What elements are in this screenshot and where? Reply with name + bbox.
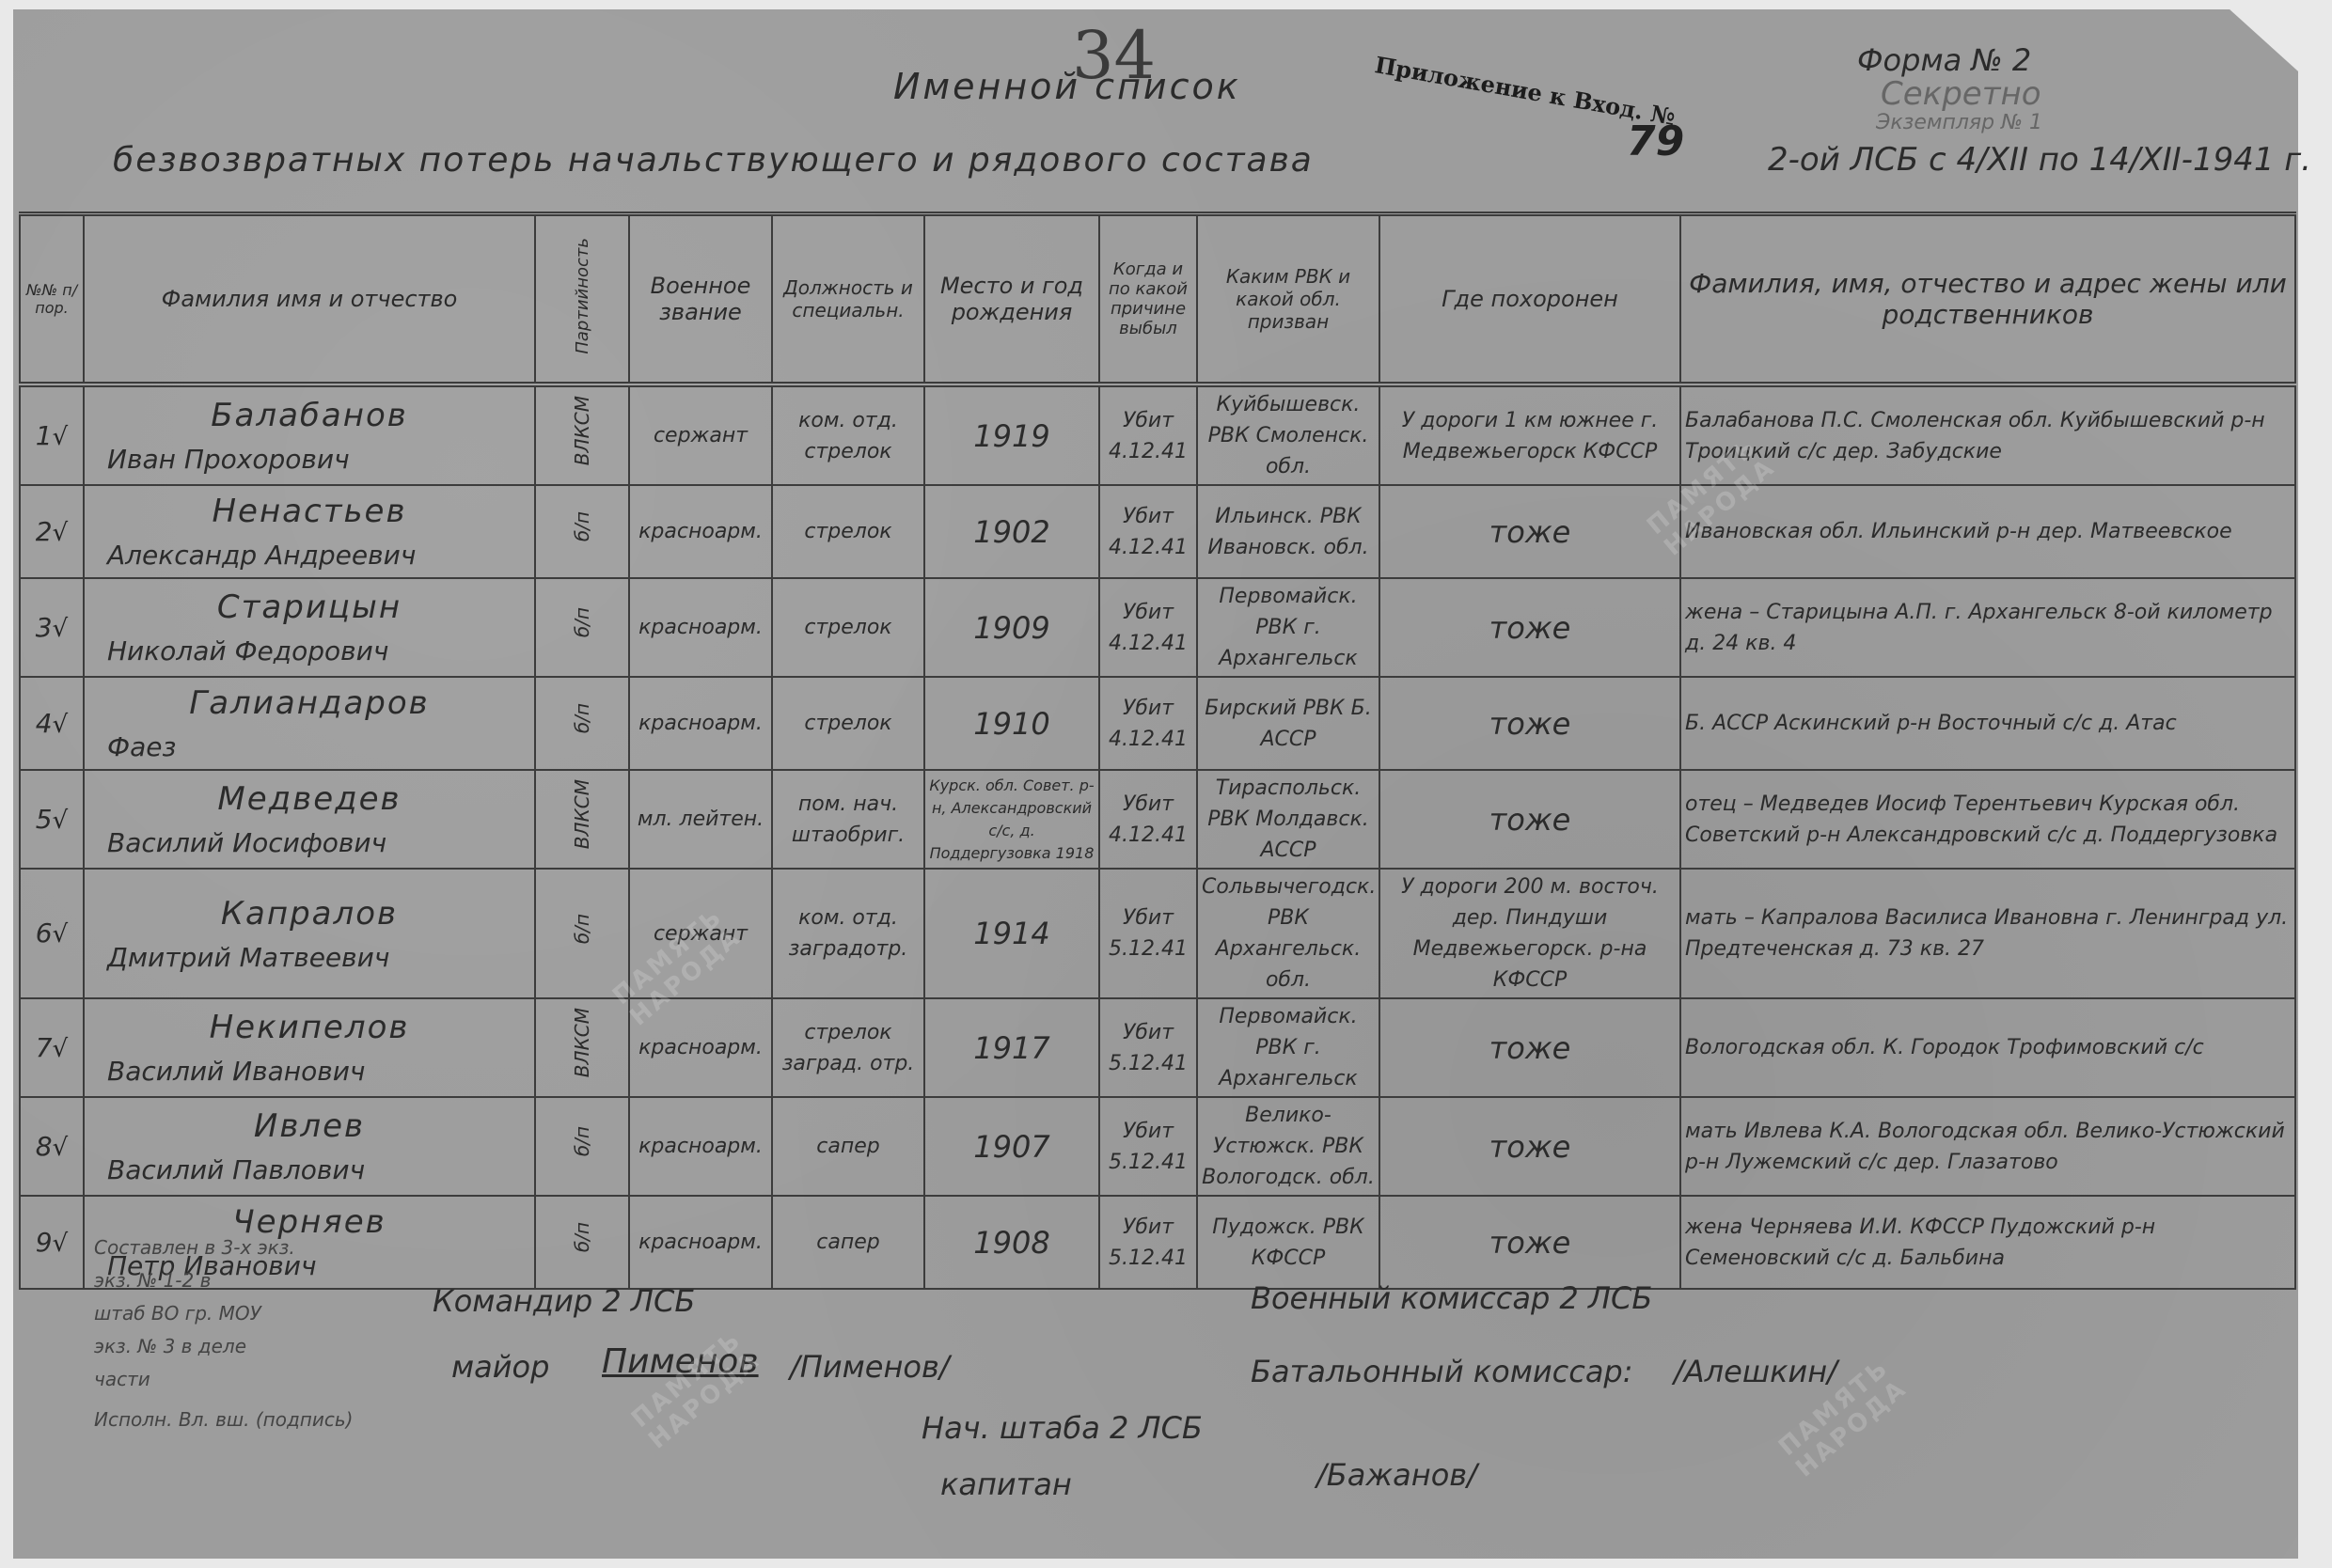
rank-cell: красноарм.: [629, 578, 772, 677]
col-party: Партийность: [535, 214, 629, 385]
party-cell: б/п: [535, 677, 629, 770]
burial-cell: У дороги 200 м. восточ. дер. Пиндуши Мед…: [1379, 869, 1680, 998]
row-number-value: 2: [36, 516, 53, 547]
commander-rank: майор: [451, 1349, 549, 1385]
row-number-value: 1: [36, 420, 53, 451]
party-cell: ВЛКСМ: [535, 384, 629, 485]
commander-label: Командир 2 ЛСБ: [433, 1283, 695, 1319]
party-cell: б/п: [535, 1196, 629, 1289]
party-value: б/п: [568, 1126, 596, 1156]
table-row: 5√МедведевВасилий ИосифовичВЛКСМмл. лейт…: [20, 770, 2295, 869]
birth-cell: 1914: [924, 869, 1099, 998]
chief-of-staff-name: /Бажанов/: [1316, 1457, 1477, 1493]
form-label: Форма № 2: [1857, 42, 2031, 78]
given-name: Александр Андреевич: [88, 536, 530, 575]
position-cell: сапер: [772, 1097, 924, 1196]
person-name: ИвлевВасилий Павлович: [84, 1097, 535, 1196]
commander-name: /Пименов/: [790, 1349, 950, 1385]
row-number-value: 7: [36, 1032, 53, 1063]
birth-cell: Курск. обл. Совет. р-н, Александровский …: [924, 770, 1099, 869]
table-row: 2√НенастьевАлександр Андреевичб/пкрасноа…: [20, 485, 2295, 578]
row-number: 3√: [20, 578, 84, 677]
rank-cell: красноарм.: [629, 1097, 772, 1196]
check-mark-icon: √: [53, 807, 69, 835]
row-number: 7√: [20, 998, 84, 1097]
check-mark-icon: √: [53, 615, 69, 643]
relatives-cell: Б. АССР Аскинский р-н Восточный с/с д. А…: [1680, 677, 2295, 770]
col-when: Когда и по какой причине выбыл: [1099, 214, 1197, 385]
rvk-cell: Бирский РВК Б. АССР: [1197, 677, 1379, 770]
when-cell: Убит 5.12.41: [1099, 998, 1197, 1097]
when-cell: Убит 5.12.41: [1099, 1097, 1197, 1196]
row-number: 5√: [20, 770, 84, 869]
table-row: 1√БалабановИван ПрохоровичВЛКСМсержантко…: [20, 384, 2295, 485]
rvk-cell: Сольвычегодск. РВК Архангельск. обл.: [1197, 869, 1379, 998]
rank-cell: сержант: [629, 384, 772, 485]
rank-cell: красноарм.: [629, 485, 772, 578]
registration-number: 79: [1627, 118, 1684, 165]
table-row: 8√ИвлевВасилий Павловичб/пкрасноарм.сапе…: [20, 1097, 2295, 1196]
row-number: 9√: [20, 1196, 84, 1289]
rvk-cell: Первомайск. РВК г. Архангельск: [1197, 578, 1379, 677]
surname: Старицын: [88, 584, 530, 632]
party-value: б/п: [568, 703, 596, 733]
relatives-cell: жена – Старицына А.П. г. Архангельск 8-о…: [1680, 578, 2295, 677]
position-cell: пом. нач. штаобриг.: [772, 770, 924, 869]
party-value: ВЛКСМ: [568, 779, 596, 849]
surname: Некипелов: [88, 1004, 530, 1052]
rvk-cell: Куйбышевск. РВК Смоленск. обл.: [1197, 384, 1379, 485]
party-cell: б/п: [535, 869, 629, 998]
col-rank: Военное звание: [629, 214, 772, 385]
position-cell: ком. отд. заградотр.: [772, 869, 924, 998]
row-number: 4√: [20, 677, 84, 770]
row-number: 1√: [20, 384, 84, 485]
col-birth: Место и год рождения: [924, 214, 1099, 385]
burial-cell: тоже: [1379, 578, 1680, 677]
check-mark-icon: √: [53, 519, 69, 547]
person-name: НенастьевАлександр Андреевич: [84, 485, 535, 578]
person-name: МедведевВасилий Иосифович: [84, 770, 535, 869]
person-name: КапраловДмитрий Матвеевич: [84, 869, 535, 998]
rank-cell: мл. лейтен.: [629, 770, 772, 869]
surname: Ивлев: [88, 1103, 530, 1151]
col-number: №№ п/пор.: [20, 214, 84, 385]
when-cell: Убит 5.12.41: [1099, 1196, 1197, 1289]
burial-cell: тоже: [1379, 998, 1680, 1097]
row-number-value: 5: [36, 804, 53, 835]
person-name: ГалиандаровФаез: [84, 677, 535, 770]
relatives-cell: Ивановская обл. Ильинский р-н дер. Матве…: [1680, 485, 2295, 578]
party-cell: б/п: [535, 1097, 629, 1196]
position-cell: сапер: [772, 1196, 924, 1289]
when-cell: Убит 4.12.41: [1099, 485, 1197, 578]
birth-cell: 1902: [924, 485, 1099, 578]
col-burial: Где похоронен: [1379, 214, 1680, 385]
when-cell: Убит 4.12.41: [1099, 384, 1197, 485]
given-name: Василий Иванович: [88, 1052, 530, 1091]
burial-cell: тоже: [1379, 677, 1680, 770]
position-cell: стрелок: [772, 677, 924, 770]
when-cell: Убит 4.12.41: [1099, 770, 1197, 869]
col-name: Фамилия имя и отчество: [84, 214, 535, 385]
relatives-cell: Вологодская обл. К. Городок Трофимовский…: [1680, 998, 2295, 1097]
row-number-value: 6: [36, 917, 53, 949]
surname: Капралов: [88, 890, 530, 938]
table-row: 3√СтарицынНиколай Федоровичб/пкрасноарм.…: [20, 578, 2295, 677]
row-number: 6√: [20, 869, 84, 998]
party-value: б/п: [568, 607, 596, 637]
when-cell: Убит 4.12.41: [1099, 578, 1197, 677]
document-subtitle: безвозвратных потерь начальствующего и р…: [113, 141, 1314, 180]
given-name: Иван Прохорович: [88, 440, 530, 479]
given-name: Дмитрий Матвеевич: [88, 938, 530, 978]
surname: Ненастьев: [88, 488, 530, 536]
rank-cell: красноарм.: [629, 1196, 772, 1289]
rvk-cell: Тираспольск. РВК Молдавск. АССР: [1197, 770, 1379, 869]
relatives-cell: отец – Медведев Иосиф Терентьевич Курска…: [1680, 770, 2295, 869]
commissar-name: /Алешкин/: [1674, 1354, 1837, 1389]
party-value: б/п: [568, 511, 596, 541]
surname: Медведев: [88, 776, 530, 823]
given-name: Василий Иосифович: [88, 823, 530, 863]
party-cell: ВЛКСМ: [535, 770, 629, 869]
col-position: Должность и специальн.: [772, 214, 924, 385]
check-mark-icon: √: [53, 1230, 69, 1258]
loss-table: №№ п/пор. Фамилия имя и отчество Партийн…: [19, 212, 2296, 1290]
rank-cell: красноарм.: [629, 677, 772, 770]
check-mark-icon: √: [53, 1134, 69, 1162]
when-cell: Убит 5.12.41: [1099, 869, 1197, 998]
document-title: Именной список: [893, 66, 1241, 107]
given-name: Николай Федорович: [88, 632, 530, 671]
rvk-cell: Первомайск. РВК г. Архангельск: [1197, 998, 1379, 1097]
relatives-cell: мать – Капралова Василиса Ивановна г. Ле…: [1680, 869, 2295, 998]
burial-cell: тоже: [1379, 1196, 1680, 1289]
relatives-cell: жена Черняева И.И. КФССР Пудожский р-н С…: [1680, 1196, 2295, 1289]
table-header-row: №№ п/пор. Фамилия имя и отчество Партийн…: [20, 214, 2295, 385]
row-number: 2√: [20, 485, 84, 578]
row-number: 8√: [20, 1097, 84, 1196]
table-row: 4√ГалиандаровФаезб/пкрасноарм.стрелок191…: [20, 677, 2295, 770]
party-value: б/п: [568, 914, 596, 944]
birth-cell: 1907: [924, 1097, 1099, 1196]
unit-period: 2-ой ЛСБ с 4/XII по 14/XII-1941 г.: [1768, 141, 2311, 179]
check-mark-icon: √: [53, 1035, 69, 1063]
party-value: ВЛКСМ: [568, 396, 596, 465]
person-name: БалабановИван Прохорович: [84, 384, 535, 485]
party-value: ВЛКСМ: [568, 1008, 596, 1077]
secrecy-label: Секретно: [1881, 75, 2041, 113]
person-name: НекипеловВасилий Иванович: [84, 998, 535, 1097]
burial-cell: тоже: [1379, 770, 1680, 869]
col-rvk: Каким РВК и какой обл. призван: [1197, 214, 1379, 385]
birth-cell: 1919: [924, 384, 1099, 485]
chief-of-staff-rank: капитан: [940, 1466, 1072, 1502]
check-mark-icon: √: [53, 920, 69, 949]
party-cell: б/п: [535, 578, 629, 677]
row-number-value: 4: [36, 708, 53, 739]
birth-cell: 1909: [924, 578, 1099, 677]
table-row: 6√КапраловДмитрий Матвеевичб/псержантком…: [20, 869, 2295, 998]
commissar-title: Батальонный комиссар:: [1251, 1354, 1633, 1389]
person-name: СтарицынНиколай Федорович: [84, 578, 535, 677]
party-cell: б/п: [535, 485, 629, 578]
position-cell: ком. отд. стрелок: [772, 384, 924, 485]
chief-of-staff-label: Нач. штаба 2 ЛСБ: [922, 1410, 1203, 1446]
commissar-label: Военный комиссар 2 ЛСБ: [1251, 1280, 1652, 1316]
position-cell: стрелок заград. отр.: [772, 998, 924, 1097]
birth-cell: 1917: [924, 998, 1099, 1097]
when-cell: Убит 4.12.41: [1099, 677, 1197, 770]
col-relatives: Фамилия, имя, отчество и адрес жены или …: [1680, 214, 2295, 385]
given-name: Василий Павлович: [88, 1151, 530, 1190]
birth-cell: 1910: [924, 677, 1099, 770]
copy-label: Экземпляр № 1: [1876, 111, 2042, 134]
position-cell: стрелок: [772, 485, 924, 578]
row-number-value: 8: [36, 1131, 53, 1162]
burial-cell: У дороги 1 км южнее г. Медвежьегорск КФС…: [1379, 384, 1680, 485]
relatives-cell: мать Ивлева К.А. Вологодская обл. Велико…: [1680, 1097, 2295, 1196]
birth-cell: 1908: [924, 1196, 1099, 1289]
rvk-cell: Пудожск. РВК КФССР: [1197, 1196, 1379, 1289]
check-mark-icon: √: [53, 711, 69, 739]
burial-cell: тоже: [1379, 1097, 1680, 1196]
row-number-value: 9: [36, 1227, 53, 1258]
surname: Балабанов: [88, 392, 530, 440]
rvk-cell: Ильинск. РВК Ивановск. обл.: [1197, 485, 1379, 578]
table-row: 9√ЧерняевПетр Ивановичб/пкрасноарм.сапер…: [20, 1196, 2295, 1289]
surname: Галиандаров: [88, 680, 530, 728]
given-name: Фаез: [88, 728, 530, 767]
table-row: 7√НекипеловВасилий ИвановичВЛКСМкрасноар…: [20, 998, 2295, 1097]
party-value: б/п: [568, 1222, 596, 1252]
position-cell: стрелок: [772, 578, 924, 677]
rvk-cell: Велико-Устюжск. РВК Вологодск. обл.: [1197, 1097, 1379, 1196]
distribution-note: Составлен в 3-х экз. экз. № 1-2 в штаб В…: [94, 1231, 353, 1436]
check-mark-icon: √: [53, 423, 69, 451]
row-number-value: 3: [36, 612, 53, 643]
